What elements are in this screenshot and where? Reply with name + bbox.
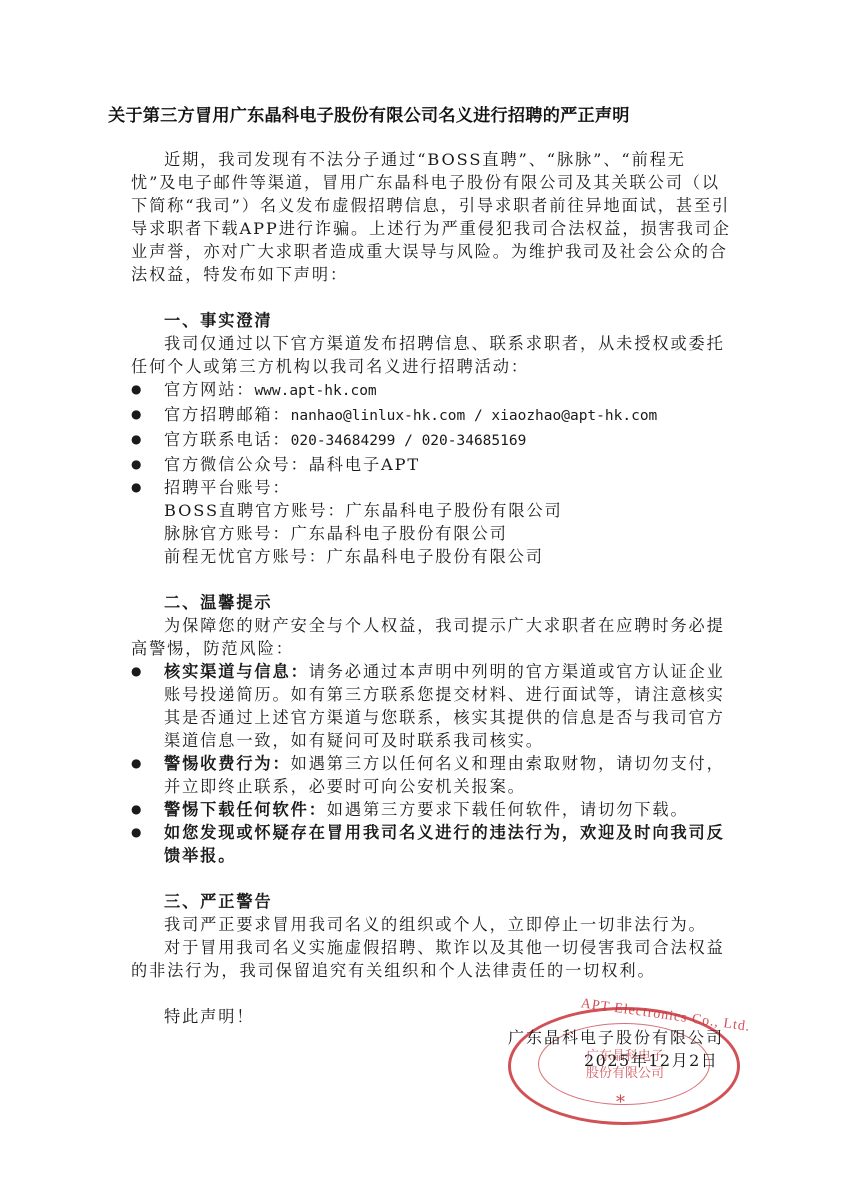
platform-account-maimai: 脉脉官方账号：广东晶科电子股份有限公司 xyxy=(131,522,731,545)
document-body: 近期，我司发现有不法分子通过“BOSS直聘”、“脉脉”、“前程无忧”及电子邮件等… xyxy=(131,148,731,1028)
section-3-paragraph-1: 我司严正要求冒用我司名义的组织或个人，立即停止一切非法行为。 xyxy=(131,913,731,936)
document-page: 关于第三方冒用广东晶科电子股份有限公司名义进行招聘的严正声明 近期，我司发现有不… xyxy=(0,0,850,1202)
official-wechat-value: 晶科电子APT xyxy=(309,455,420,474)
platform-account-51job: 前程无忧官方账号：广东晶科电子股份有限公司 xyxy=(131,545,731,568)
section-2-heading: 二、温馨提示 xyxy=(131,591,731,614)
tip-beware-downloads: 警惕下载任何软件：如遇第三方要求下载任何软件，请切勿下载。 xyxy=(131,798,731,821)
platform-account-boss: BOSS直聘官方账号：广东晶科电子股份有限公司 xyxy=(131,499,731,522)
platform-accounts-item: 招聘平台账号： xyxy=(131,476,731,499)
section-3-heading: 三、严正警告 xyxy=(131,890,731,913)
document-title: 关于第三方冒用广东晶科电子股份有限公司名义进行招聘的严正声明 xyxy=(108,101,748,126)
section-1-intro: 我司仅通过以下官方渠道发布招聘信息、联系求职者，从未授权或委托任何个人或第三方机… xyxy=(131,332,731,378)
tip-verify-channels: 核实渠道与信息：请务必通过本声明中列明的官方渠道或官方认证企业账号投递简历。如有… xyxy=(131,660,731,752)
signature-company: 广东晶科电子股份有限公司 xyxy=(508,1025,724,1048)
official-email-item: 官方招聘邮箱：nanhao@linlux-hk.com / xiaozhao@a… xyxy=(131,403,731,428)
section-1-heading: 一、事实澄清 xyxy=(131,309,731,332)
tip-beware-fees: 警惕收费行为：如遇第三方以任何名义和理由索取财物，请切勿支付，并立即终止联系，必… xyxy=(131,752,731,798)
intro-paragraph: 近期，我司发现有不法分子通过“BOSS直聘”、“脉脉”、“前程无忧”及电子邮件等… xyxy=(131,148,731,286)
official-phone-item: 官方联系电话：020-34684299 / 020-34685169 xyxy=(131,428,731,453)
seal-star-icon: * xyxy=(616,1092,625,1113)
section-2-intro: 为保障您的财产安全与个人权益，我司提示广大求职者在应聘时务必提高警惕，防范风险： xyxy=(131,614,731,660)
official-website-item: 官方网站：www.apt-hk.com xyxy=(131,378,731,403)
signature-date: 2025年12月2日 xyxy=(584,1048,718,1071)
official-phone-value: 020-34684299 / 020-34685169 xyxy=(291,433,527,449)
official-email-value[interactable]: nanhao@linlux-hk.com / xiaozhao@apt-hk.c… xyxy=(291,408,658,424)
official-wechat-item: 官方微信公众号：晶科电子APT xyxy=(131,453,731,476)
official-website-link[interactable]: www.apt-hk.com xyxy=(254,383,376,399)
section-3-paragraph-2: 对于冒用我司名义实施虚假招聘、欺诈以及其他一切侵害我司合法权益的非法行为，我司保… xyxy=(131,936,731,982)
tip-report: 如您发现或怀疑存在冒用我司名义进行的违法行为，欢迎及时向我司反馈举报。 xyxy=(131,821,731,867)
